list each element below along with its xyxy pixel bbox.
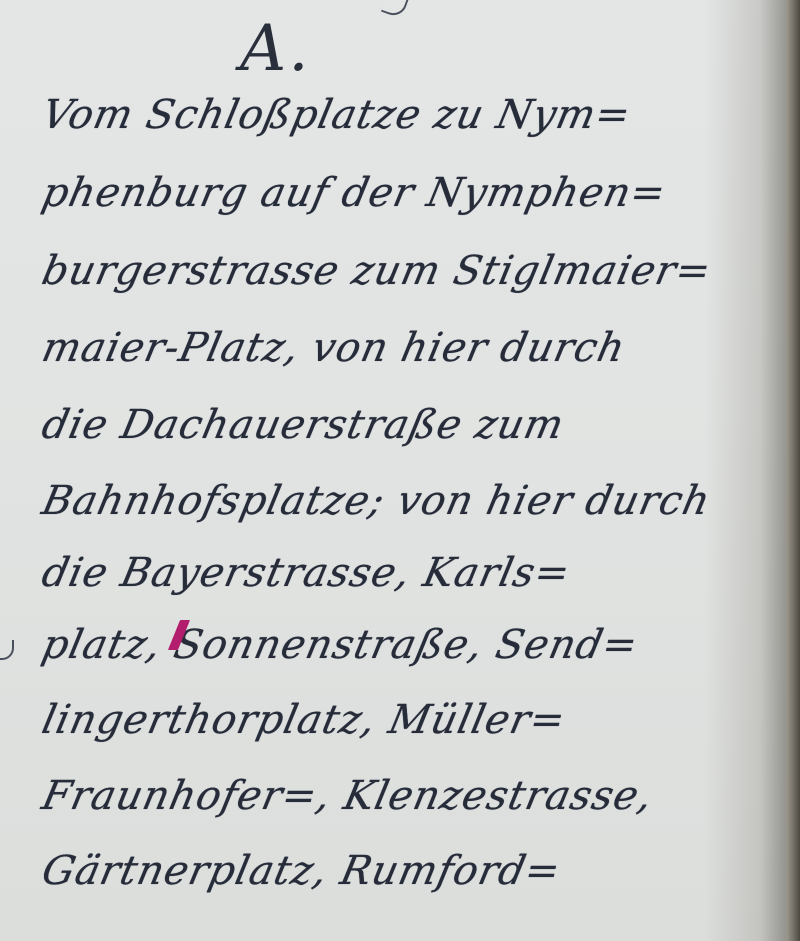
text-line-8: platz, Sonnenstraße, Send= — [38, 622, 642, 668]
text-line-5: die Dachauerstraße zum — [38, 402, 568, 448]
text-line-9: lingerthorplatz, Müller= — [38, 697, 570, 743]
text-line-11: Gärtnerplatz, Rumford= — [38, 848, 565, 894]
text-line-2: phenburg auf der Nymphen= — [38, 170, 670, 216]
text-line-1: Vom Schloßplatze zu Nym= — [38, 92, 635, 138]
text-line-6: Bahnhofsplatze; von hier durch — [38, 478, 715, 524]
text-line-4: maier-Platz, von hier durch — [38, 325, 630, 371]
text-line-3: burgerstrasse zum Stiglmaier= — [38, 248, 716, 294]
text-line-7: die Bayerstrasse, Karls= — [38, 550, 575, 596]
text-line-10: Fraunhofer=, Klenzestrasse, — [38, 773, 657, 819]
manuscript-page: A. Vom Schloßplatze zu Nym= phenburg auf… — [0, 0, 800, 941]
handwritten-text-block: Vom Schloßplatze zu Nym= phenburg auf de… — [0, 0, 800, 941]
